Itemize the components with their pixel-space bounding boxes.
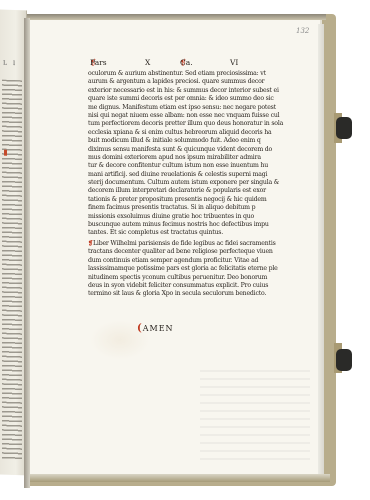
text-line: tantes. Et sic completus est tractatus q…: [88, 229, 288, 237]
colophon-line: deus in syon videbit feliciter consummat…: [88, 282, 288, 290]
pars-number: X: [145, 58, 150, 67]
colophon-line: dum continuis etiam semper agendum profi…: [88, 257, 288, 265]
text-line: tationis & preter propositum presentis n…: [88, 196, 288, 204]
text-line: tum perfectiorem decoris pretter illum q…: [88, 120, 288, 128]
main-text-block: oculorum & aurium abstinentur. Sed etiam…: [88, 70, 288, 238]
left-page: L I: [0, 10, 27, 476]
text-line: sterij documentum. Cultum autem istum ex…: [88, 179, 288, 187]
text-line: oculorum & aurium abstinentur. Sed etiam…: [88, 70, 288, 78]
colophon-line: lassissimamque potissime pars est gloria…: [88, 265, 288, 273]
clasp-upper-icon: [336, 117, 352, 139]
text-line: buscunque autem minus fecimus nostris ho…: [88, 221, 288, 229]
text-line: missionis exsoluimus diuine gratie hoc t…: [88, 213, 288, 221]
text-line: tur & decore confitentur cultum istum no…: [88, 162, 288, 170]
page-fore-edge: [318, 24, 324, 478]
text-line: diximus sensu manifesta sunt & quicunque…: [88, 146, 288, 154]
text-line: mus domini exteriorem apud nos ipsum mir…: [88, 154, 288, 162]
amen-closing: (AMEN: [137, 323, 174, 334]
text-line: quare iste summi decoris est per omnia: …: [88, 95, 288, 103]
colophon-line: ❡Liber Wilhelmi parisiensis de fide legi…: [88, 240, 288, 248]
text-line: mani artificij. sed diuine reuelationis …: [88, 171, 288, 179]
show-through-text: [200, 370, 310, 460]
text-line: nisi qui negat niuem esse albam: non ess…: [88, 112, 288, 120]
pars-label: Pars: [90, 58, 107, 67]
folio-number: 132: [296, 27, 309, 35]
text-line: me dignus. Manifestum etiam est ipso sen…: [88, 104, 288, 112]
text-line: aurum & argentum a lapides preciosi. qua…: [88, 78, 288, 86]
clasp-lower-icon: [336, 349, 352, 371]
capitulum-label: Ca.: [180, 58, 193, 67]
colophon-block: ❡Liber Wilhelmi parisiensis de fide legi…: [88, 240, 288, 299]
left-page-rubric-mark: [4, 150, 7, 156]
text-line: buit modicum illud & initiale solummodo …: [88, 137, 288, 145]
text-line: exterior necessario est in his: & summus…: [88, 87, 288, 95]
colophon-line: tractans decenter qualiter ad bene relig…: [88, 248, 288, 256]
capitulum-number: VI: [230, 58, 238, 67]
text-line: ecclesia xpiana & si enim cultus hebreor…: [88, 129, 288, 137]
colophon-line: nitudinem spectis yconum cultibus peruen…: [88, 274, 288, 282]
text-line: decorem illum interpretari declaratorie …: [88, 187, 288, 195]
colophon-line: termino sit laus & gloria Xpo in secula …: [88, 290, 288, 298]
left-page-text: [2, 80, 22, 461]
page-bottom-edge: [30, 474, 330, 482]
text-line: finem facimus presentis tractatus. Si in…: [88, 204, 288, 212]
left-page-heading: L I: [3, 60, 17, 67]
